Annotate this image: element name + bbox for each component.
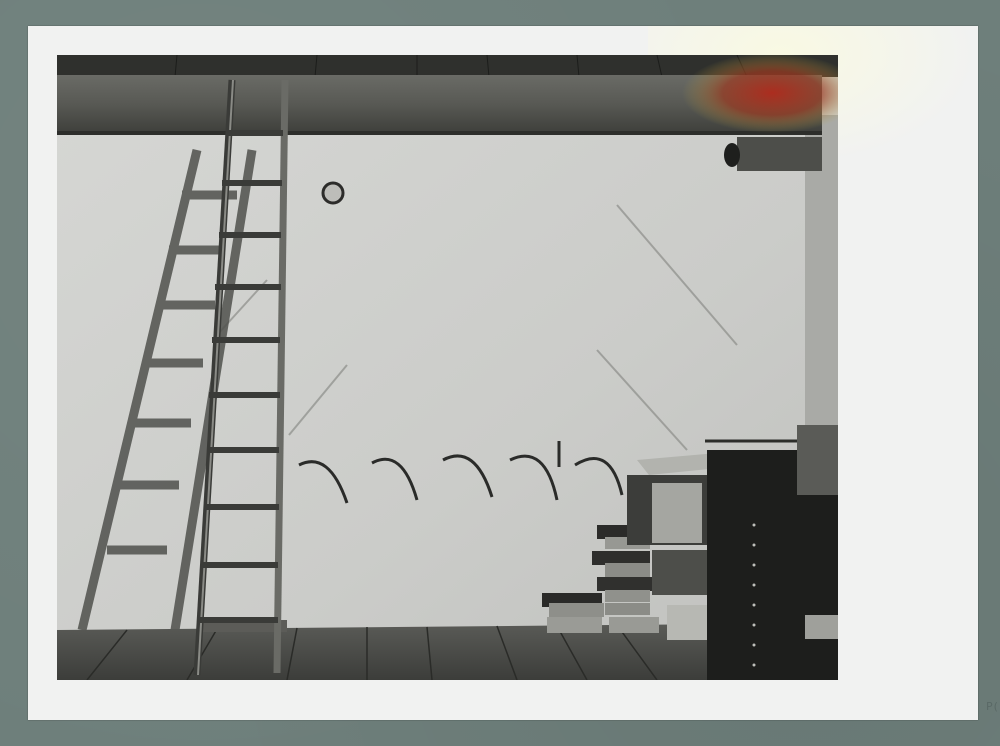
photo-scene	[57, 55, 838, 680]
photograph	[57, 55, 838, 680]
round-wall-fixture	[323, 183, 343, 203]
dark-cabinet	[707, 425, 838, 680]
beam-bracket	[737, 137, 822, 171]
corner-mark: P(	[986, 700, 999, 713]
